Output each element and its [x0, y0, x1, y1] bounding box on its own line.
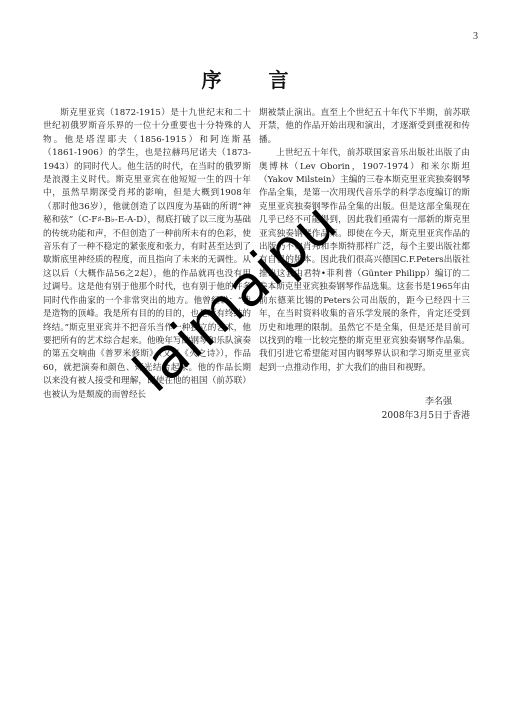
page-title: 序 言	[0, 64, 510, 93]
paragraph-continuation: 期被禁止演出。直至上个世纪五十年代下半期，前苏联开禁，他的作品开始出现和演出，才…	[259, 107, 470, 147]
date-place: 2008年3月5日于香港	[382, 409, 470, 423]
author-name: 李名强	[382, 395, 452, 409]
page-number: 3	[473, 31, 478, 42]
signature-block: 李名强 2008年3月5日于香港	[382, 395, 470, 423]
